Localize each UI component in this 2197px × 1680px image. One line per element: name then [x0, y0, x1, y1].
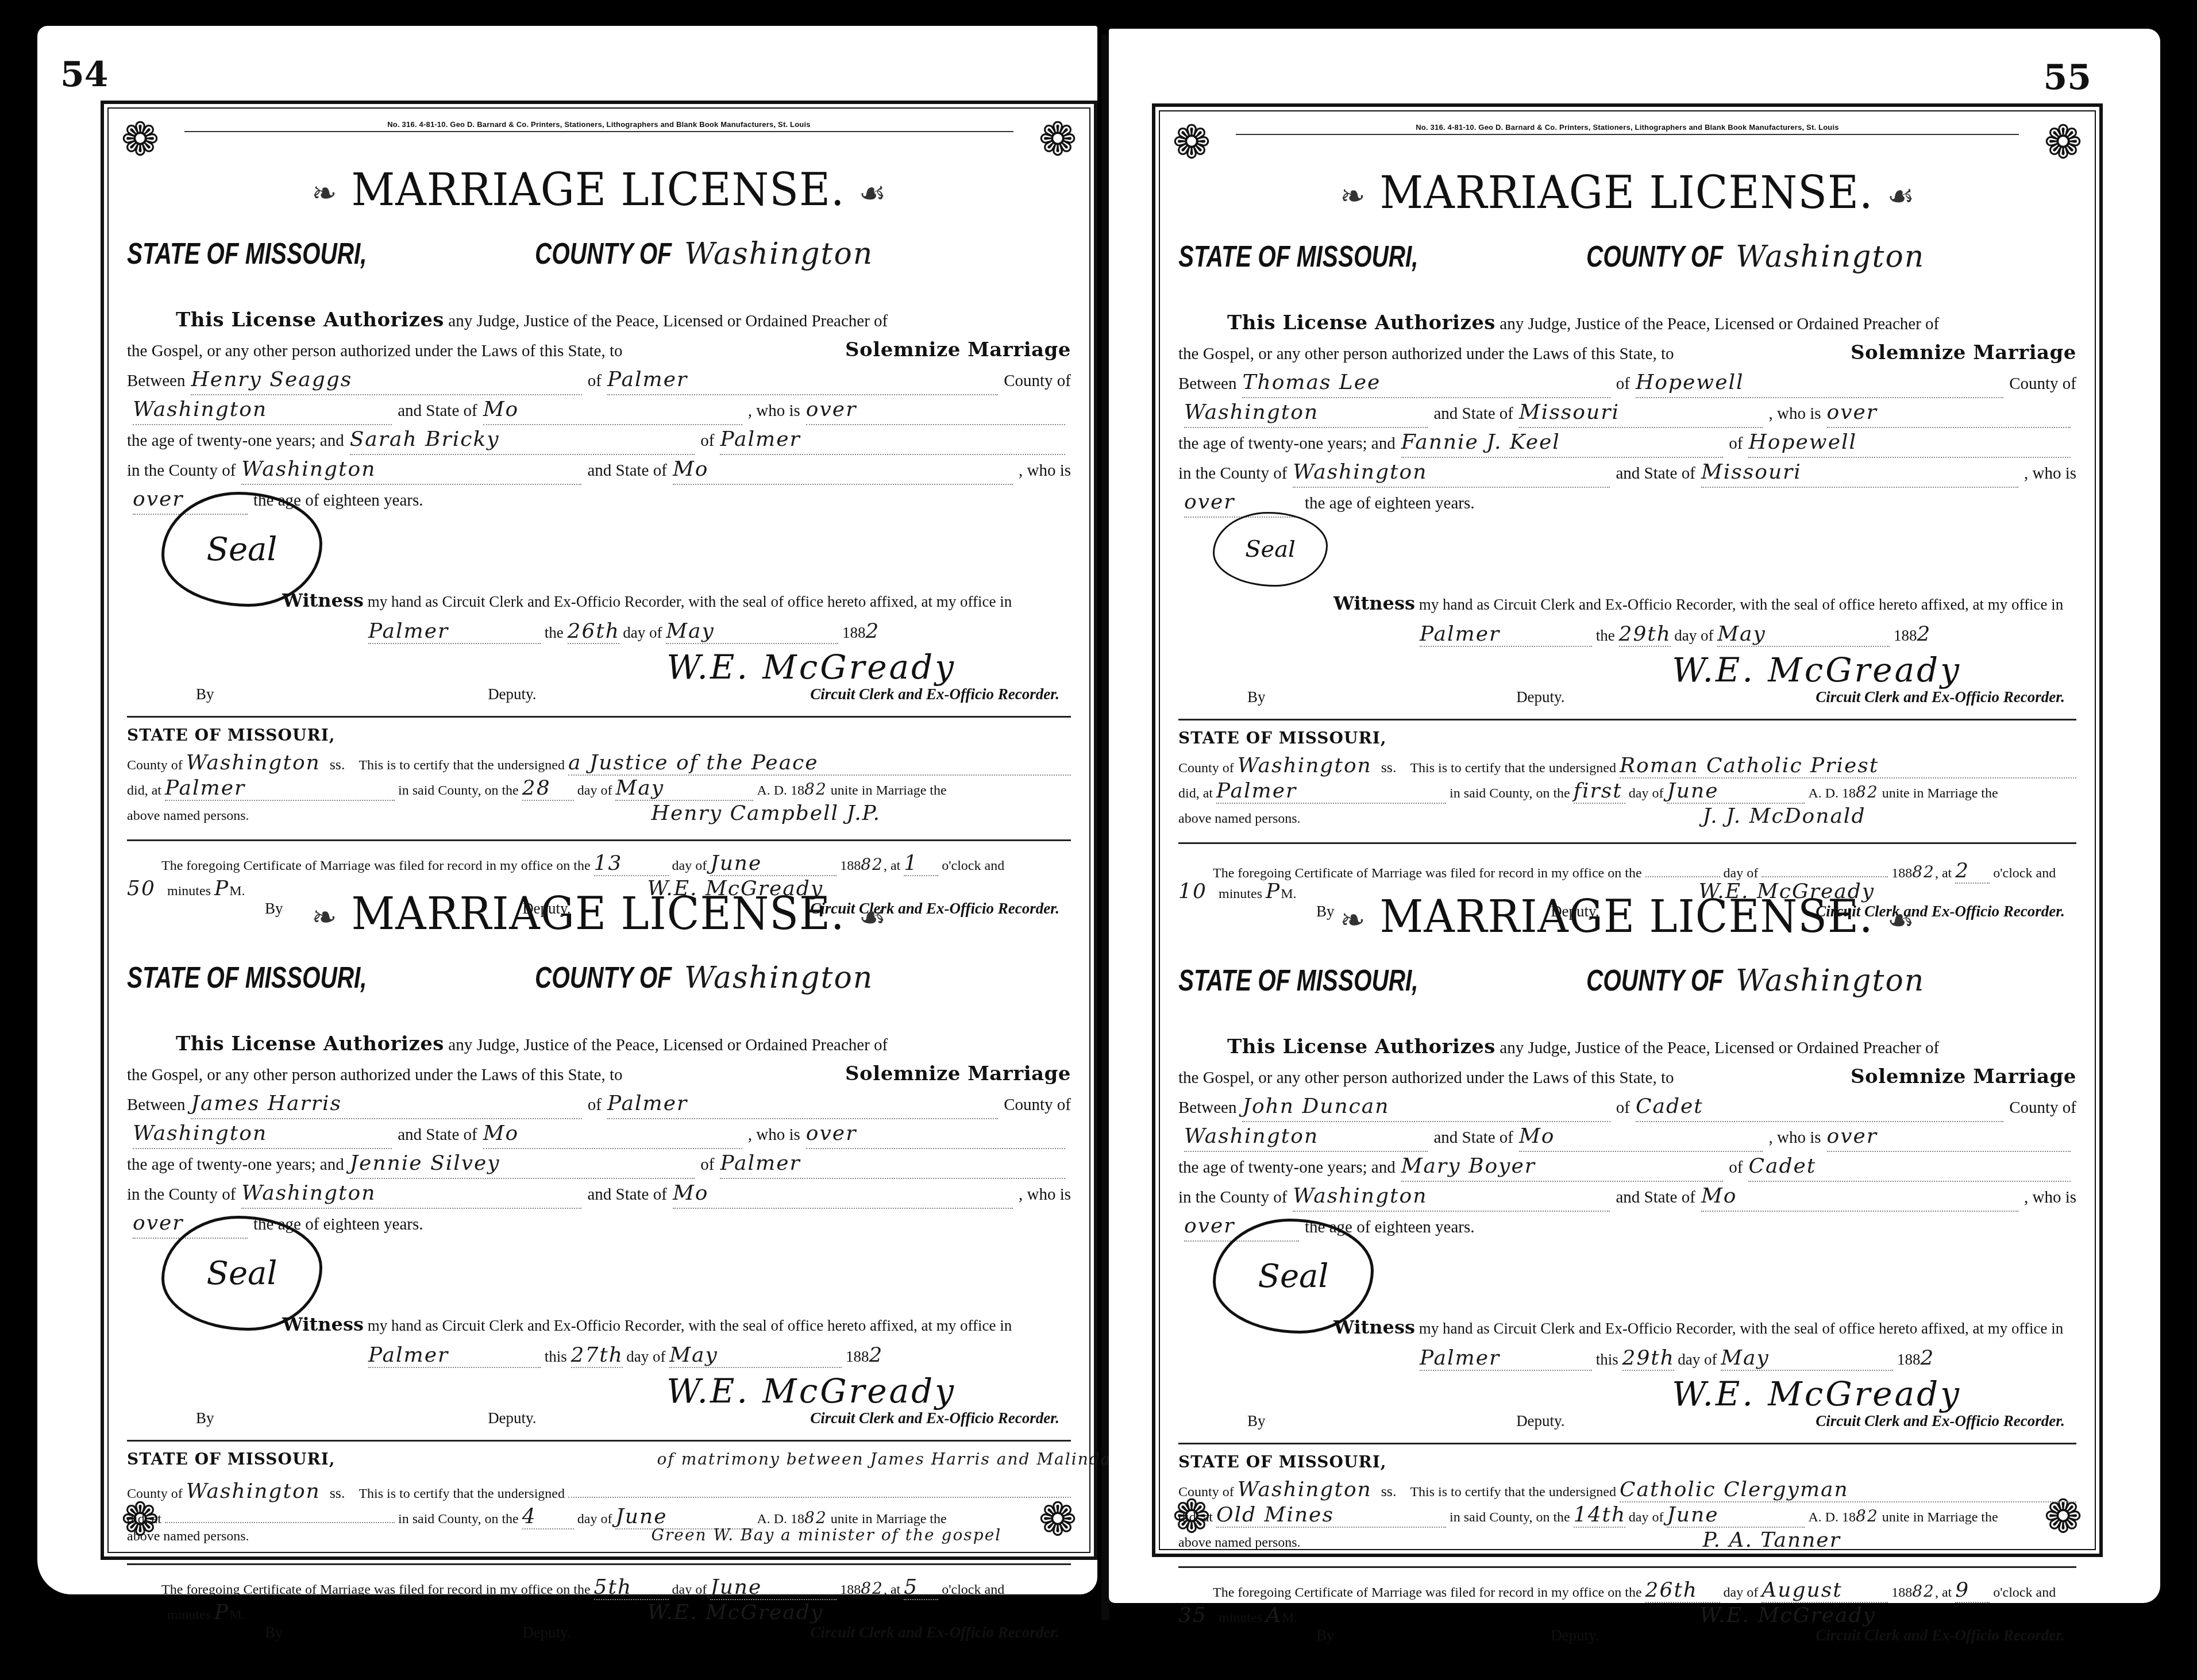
bride-county: Washington	[241, 455, 581, 485]
county-value: Washington	[1736, 964, 1925, 998]
filed-ampm: P	[214, 1601, 229, 1624]
witness-block: Witness my hand as Circuit Clerk and Ex-…	[127, 1313, 1071, 1642]
filed-signature: W.E. McGready	[1699, 1604, 1875, 1627]
flourish-icon: ☙	[859, 175, 886, 211]
groom-age: over	[1827, 1122, 2071, 1152]
bride-name: Fannie J. Keel	[1401, 428, 1724, 458]
license-title: ❧ MARRIAGE LICENSE. ☙	[127, 163, 1071, 221]
clerk-signature: W.E. McGready	[1178, 1374, 2076, 1415]
officiant-signature: Henry Campbell J.P.	[652, 802, 881, 825]
marriage-license: ❧ MARRIAGE LICENSE. ☙ STATE OF MISSOURI,…	[127, 854, 1071, 1578]
groom-residence: Palmer	[607, 1089, 998, 1119]
license-body: This License Authorizes any Judge, Justi…	[1178, 309, 2076, 518]
county-value: Washington	[1736, 240, 1925, 274]
bride-name: Jennie Silvey	[350, 1149, 695, 1179]
groom-residence: Hopewell	[1636, 368, 2003, 398]
groom-name: Henry Seaggs	[191, 365, 581, 395]
officiant-signature: Green W. Bay a minister of the gospel	[652, 1525, 1002, 1544]
groom-county: Washington	[133, 1119, 392, 1149]
bride-state: Missouri	[1701, 458, 2018, 488]
filed-signature: W.E. McGready	[647, 1601, 823, 1624]
form-border: ❁ ❁ ❁ ❁ No. 316. 4-81-10. Geo D. Barnard…	[1152, 103, 2103, 1557]
flourish-icon: ❧	[1340, 902, 1366, 938]
bride-county: Washington	[241, 1179, 581, 1209]
marriage-month: June	[1667, 1503, 1805, 1528]
groom-age: over	[806, 395, 1065, 425]
witness-month: May	[1717, 622, 1890, 647]
marriage-place	[165, 1500, 395, 1523]
witness-month: May	[666, 619, 838, 644]
marriage-day: 28	[522, 776, 574, 801]
bride-county: Washington	[1293, 1182, 1610, 1212]
county-value: Washington	[684, 237, 873, 271]
flourish-icon: ☙	[859, 899, 886, 935]
certificate-block: STATE OF MISSOURI,of matrimony between J…	[127, 1450, 1071, 1642]
filed-day: 5th	[594, 1575, 669, 1600]
license-body: This License Authorizes any Judge, Justi…	[127, 306, 1071, 515]
clerk-signature: W.E. McGready	[127, 648, 1071, 688]
witness-place: Palmer	[368, 619, 541, 644]
seal: Seal	[1213, 512, 1328, 587]
filed-hour: 9	[1955, 1578, 1990, 1603]
marriage-month: May	[615, 776, 753, 801]
groom-county: Washington	[133, 395, 392, 425]
county-value: Washington	[684, 961, 873, 995]
witness-day: 26th	[568, 619, 619, 644]
groom-state: Mo	[483, 395, 742, 425]
cert-county: Washington	[1238, 754, 1370, 777]
witness-day: 27th	[571, 1343, 623, 1368]
certificate-block: STATE OF MISSOURI, County of Washingtons…	[1178, 1452, 2076, 1644]
officiant-signature: P. A. Tanner	[1703, 1528, 1841, 1552]
state-county-row: STATE OF MISSOURI, COUNTY OF Washington	[1178, 964, 2076, 1009]
marriage-license: ❧ MARRIAGE LICENSE. ☙ STATE OF MISSOURI,…	[1178, 133, 2076, 857]
bride-residence: Palmer	[720, 425, 1065, 455]
license-title: ❧ MARRIAGE LICENSE. ☙	[1178, 890, 2076, 947]
groom-name: James Harris	[191, 1089, 581, 1119]
bride-name: Mary Boyer	[1401, 1152, 1724, 1182]
state-label: STATE OF MISSOURI,	[127, 237, 391, 271]
marriage-place: Old Mines	[1216, 1503, 1446, 1528]
filed-minutes: 35	[1178, 1604, 1219, 1627]
witness-month: May	[669, 1343, 842, 1368]
book-gutter	[1101, 34, 1109, 1620]
filed-month: August	[1762, 1578, 1888, 1603]
groom-state: Mo	[483, 1119, 742, 1149]
state-county-row: STATE OF MISSOURI, COUNTY OF Washington	[1178, 240, 2076, 286]
bride-residence: Palmer	[720, 1149, 1065, 1179]
marriage-day: 14th	[1574, 1503, 1625, 1528]
cert-county: Washington	[186, 751, 318, 775]
bride-county: Washington	[1293, 458, 1610, 488]
divider	[127, 716, 1071, 718]
page-number: 55	[2044, 57, 2092, 98]
license-body: This License Authorizes any Judge, Justi…	[127, 1030, 1071, 1239]
cert-county: Washington	[186, 1479, 318, 1503]
witness-day: 29th	[1622, 1346, 1674, 1371]
form-border: ❁ ❁ ❁ ❁ No. 316. 4-81-10. Geo D. Barnard…	[101, 101, 1097, 1560]
groom-name: John Duncan	[1242, 1092, 1610, 1122]
bride-residence: Hopewell	[1748, 428, 2071, 458]
groom-name: Thomas Lee	[1242, 368, 1610, 398]
bride-state: Mo	[673, 455, 1013, 485]
officiant-title: a Justice of the Peace	[568, 751, 1071, 776]
witness-day: 29th	[1619, 622, 1671, 647]
flourish-icon: ❧	[311, 175, 337, 211]
bride-residence: Cadet	[1748, 1152, 2071, 1182]
groom-county: Washington	[1184, 1122, 1428, 1152]
bride-state: Mo	[1701, 1182, 2018, 1212]
groom-residence: Cadet	[1636, 1092, 2003, 1122]
flourish-icon: ☙	[1887, 178, 1915, 214]
cert-county: Washington	[1238, 1478, 1370, 1501]
county-label: COUNTY OF	[535, 237, 652, 271]
marriage-place: Palmer	[165, 776, 395, 801]
groom-residence: Palmer	[607, 365, 998, 395]
marriage-license: ❧ MARRIAGE LICENSE. ☙ STATE OF MISSOURI,…	[1178, 857, 2076, 1581]
state-county-row: STATE OF MISSOURI, COUNTY OF Washington	[127, 237, 1071, 283]
state-county-row: STATE OF MISSOURI, COUNTY OF Washington	[127, 961, 1071, 1007]
flourish-icon: ☙	[1887, 902, 1915, 938]
witness-block: Witness my hand as Circuit Clerk and Ex-…	[1178, 1316, 2076, 1644]
filed-day: 26th	[1645, 1578, 1720, 1603]
groom-state: Mo	[1519, 1122, 1763, 1152]
marriage-license: ❧ MARRIAGE LICENSE. ☙ STATE OF MISSOURI,…	[127, 130, 1071, 854]
officiant-title: Roman Catholic Priest	[1620, 754, 2076, 779]
groom-age: over	[806, 1119, 1065, 1149]
clerk-signature: W.E. McGready	[127, 1371, 1071, 1412]
filed-month: June	[710, 1575, 837, 1600]
groom-state: Missouri	[1519, 398, 1763, 428]
officiant-signature: J. J. McDonald	[1703, 804, 1866, 828]
license-title: ❧ MARRIAGE LICENSE. ☙	[1178, 166, 2076, 224]
marriage-month: June	[1667, 779, 1805, 804]
right-page: 55 ❁ ❁ ❁ ❁ No. 316. 4-81-10. Geo D. Barn…	[1109, 29, 2160, 1603]
witness-month: May	[1721, 1346, 1893, 1371]
officiant-title: Catholic Clergyman	[1620, 1478, 2076, 1502]
marriage-day: 4	[522, 1505, 574, 1529]
groom-age: over	[1827, 398, 2071, 428]
groom-county: Washington	[1184, 398, 1428, 428]
left-page: 54 ❁ ❁ ❁ ❁ No. 316. 4-81-10. Geo D. Barn…	[37, 26, 1097, 1594]
marriage-place: Palmer	[1216, 779, 1446, 804]
filed-ampm: A	[1266, 1604, 1282, 1627]
divider	[127, 839, 1071, 841]
license-title: ❧ MARRIAGE LICENSE. ☙	[127, 887, 1071, 945]
flourish-icon: ❧	[311, 899, 337, 935]
bride-state: Mo	[673, 1179, 1013, 1209]
flourish-icon: ❧	[1340, 178, 1366, 214]
witness-place: Palmer	[368, 1343, 541, 1368]
witness-place: Palmer	[1420, 622, 1592, 647]
marriage-day: first	[1574, 779, 1625, 804]
page-number: 54	[60, 55, 109, 95]
witness-place: Palmer	[1420, 1346, 1592, 1371]
filed-hour: 5	[904, 1575, 938, 1600]
license-body: This License Authorizes any Judge, Justi…	[1178, 1032, 2076, 1242]
clerk-signature: W.E. McGready	[1178, 650, 2076, 691]
bride-name: Sarah Bricky	[350, 425, 695, 455]
